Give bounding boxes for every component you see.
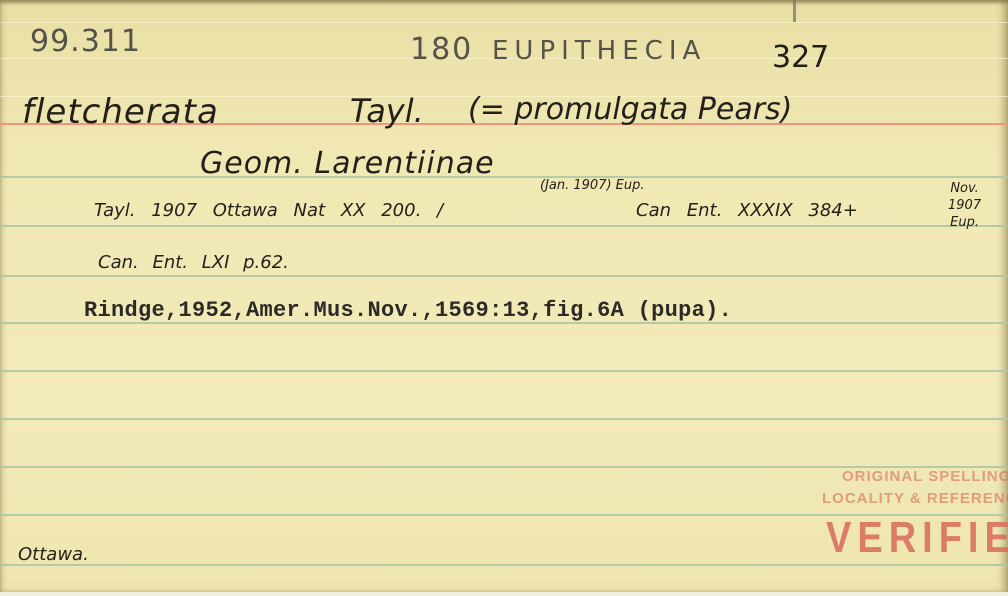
note-genus-abbrev: Eup. [948, 214, 981, 231]
reference-note-right: Nov. 1907 Eup. [948, 180, 981, 231]
faint-rule [0, 22, 1008, 23]
accession-number: 99.311 [30, 24, 141, 59]
verified-stamp: VERIFIED. [826, 514, 1008, 563]
green-rule [0, 225, 1008, 227]
reference-note-above: (Jan. 1907) Eup. [540, 178, 645, 193]
note-year: 1907 [948, 197, 981, 214]
green-rule [0, 176, 1008, 178]
species-author: Tayl. [350, 92, 424, 130]
locality: Ottawa. [18, 544, 89, 565]
page-left: 180 [410, 32, 473, 67]
reference-line-1: Tayl. 1907 Ottawa Nat XX 200. / [94, 200, 443, 221]
green-rule [0, 564, 1008, 566]
species-name: fletcherata [22, 92, 219, 132]
typed-reference: Rindge,1952,Amer.Mus.Nov.,1569:13,fig.6A… [84, 298, 732, 323]
green-rule [0, 370, 1008, 372]
classification: Geom. Larentiinae [200, 146, 495, 181]
green-rule [0, 275, 1008, 277]
reference-line-1-continued: Can Ent. XXXIX 384+ [636, 200, 858, 221]
note-month: Nov. [948, 180, 981, 197]
green-rule [0, 418, 1008, 420]
page-right: 327 [772, 40, 829, 75]
stamp-line-2: LOCALITY & REFERENCE [822, 490, 1008, 507]
genus-name: EUPITHECIA [492, 36, 706, 66]
index-card: 99.311 180 EUPITHECIA 327 fletcherata Ta… [0, 0, 1008, 592]
stamp-line-1: ORIGINAL SPELLING [842, 468, 1008, 485]
ink-tick-mark [793, 0, 796, 22]
synonym: (= promulgata Pears) [468, 92, 792, 127]
reference-line-2: Can. Ent. LXI p.62. [98, 252, 289, 273]
